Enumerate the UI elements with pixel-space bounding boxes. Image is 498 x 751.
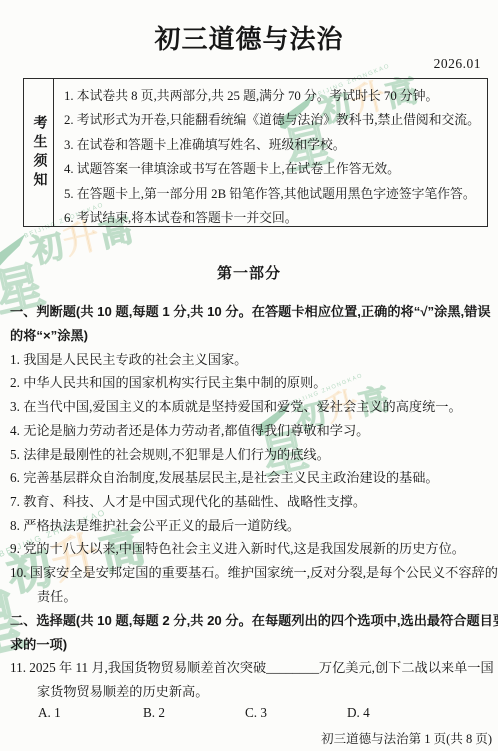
option-d: D. 4 <box>347 705 370 721</box>
question-line: 8. 严格执法是维护社会公平正义的最后一道防线。 <box>10 515 300 534</box>
exam-date: 2026.01 <box>434 56 481 72</box>
question-line: 4. 无论是脑力劳动者还是体力劳动者,都值得我们尊敬和学习。 <box>10 420 369 439</box>
option-b: B. 2 <box>143 705 165 721</box>
graduation-cap-icon <box>0 552 9 602</box>
notice-item: 2. 考试形式为开卷,只能翻看统编《道德与法治》教科书,禁止借阅和交流。 <box>64 108 485 132</box>
notice-box: 考生须知 1. 本试卷共 8 页,共两部分,共 25 题,满分 70 分。考试时… <box>23 78 488 227</box>
question-line: 9. 党的十八大以来,中国特色社会主义进入新时代,这是我国发展新的历史方位。 <box>10 538 465 557</box>
exam-paper-page: BEIJING ZHONGKAO 初 升 高 星 BEIJING ZHONGKA… <box>0 0 498 751</box>
judge-section-intro-line: 一、判断题(共 10 题,每题 1 分,共 10 分。在答题卡相应位置,正确的将… <box>10 301 491 320</box>
notice-items: 1. 本试卷共 8 页,共两部分,共 25 题,满分 70 分。考试时长 70 … <box>54 79 487 226</box>
notice-label-cell: 考生须知 <box>24 79 54 226</box>
choice-section-intro-line: 求的一项) <box>10 634 67 653</box>
judge-section-intro-line: 的将“×”涂黑) <box>10 325 88 344</box>
question-line: 2. 中华人民共和国的国家机构实行民主集中制的原则。 <box>10 372 327 391</box>
question-line: 家货物贸易顺差的历史新高。 <box>37 681 208 700</box>
option-c: C. 3 <box>245 705 267 721</box>
question-line: 10. 国家安全是安邦定国的重要基石。维护国家统一,反对分裂,是每个公民义不容辞… <box>10 562 498 581</box>
question-line: 1. 我国是人民民主专政的社会主义国家。 <box>10 349 247 368</box>
question-line: 3. 在当代中国,爱国主义的本质就是坚持爱国和爱党、爱社会主义的高度统一。 <box>10 396 462 415</box>
notice-item: 4. 试题答案一律填涂或书写在答题卡上,在试卷上作答无效。 <box>64 157 485 181</box>
notice-item: 1. 本试卷共 8 页,共两部分,共 25 题,满分 70 分。考试时长 70 … <box>64 84 485 108</box>
question-line: 7. 教育、科技、人才是中国式现代化的基础性、战略性支撑。 <box>10 491 366 510</box>
notice-item: 3. 在试卷和答题卡上准确填写姓名、班级和学校。 <box>64 133 485 157</box>
question-line: 11. 2025 年 11 月,我国货物贸易顺差首次突破________万亿美元… <box>10 657 494 676</box>
notice-item: 5. 在答题卡上,第一部分用 2B 铅笔作答,其他试题用黑色字迹签字笔作答。 <box>64 182 485 206</box>
question-line: 责任。 <box>37 586 77 605</box>
paper-title: 初三道德与法治 <box>10 19 488 56</box>
part-heading: 第一部分 <box>0 262 498 283</box>
choice-section-intro-line: 二、选择题(共 10 题,每题 2 分,共 20 分。在每题列出的四个选项中,选… <box>10 610 498 629</box>
notice-label: 考生须知 <box>29 115 49 191</box>
question-line: 5. 法律是最刚性的社会规则,不犯罪是人们行为的底线。 <box>10 444 330 463</box>
option-a: A. 1 <box>38 705 61 721</box>
page-footer: 初三道德与法治第 1 页(共 8 页) <box>321 729 492 747</box>
question-line: 6. 完善基层群众自治制度,发展基层民主,是社会主义民主政治建设的基础。 <box>10 467 439 486</box>
notice-item: 6. 考试结束,将本试卷和答题卡一并交回。 <box>64 206 485 226</box>
